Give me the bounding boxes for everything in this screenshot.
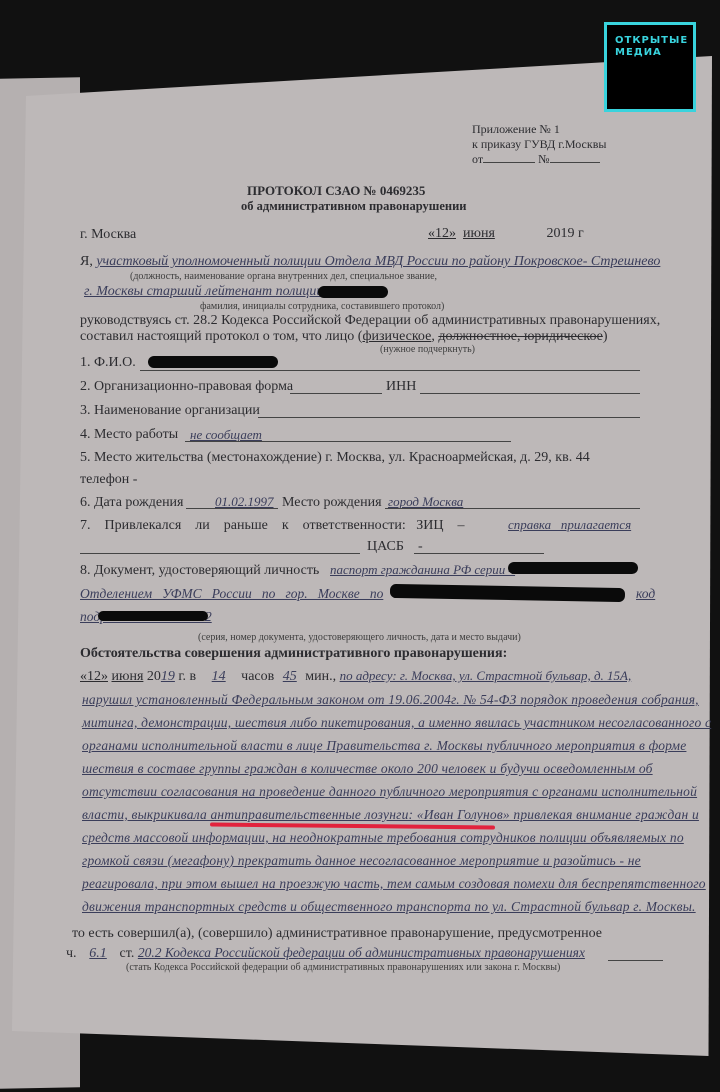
field-2-inn-label: ИНН [386, 379, 416, 395]
intro-text: составил настоящий протокол о том, что л… [80, 329, 362, 344]
article-line-end [608, 960, 663, 961]
conclusion-line-2: ч. 6.1 ст. 20.2 Кодекса Российской федер… [66, 945, 585, 962]
intro-line-2: составил настоящий протокол о том, что л… [80, 329, 608, 345]
document-value-2-end: код [636, 586, 655, 602]
birth-place-line [385, 508, 640, 509]
officer-position: участковый уполномоченный полиции Отдела… [96, 254, 660, 269]
article-value: 20.2 Кодекса Российской федерации об адм… [138, 945, 585, 960]
circumstances-line: средств массовой информации, на неоднокр… [82, 830, 684, 846]
field-7-value: справка прилагается [508, 517, 631, 533]
document-value-2: Отделением УФМС России по гор. Москве по [80, 586, 383, 602]
intro-hint: (нужное подчеркнуть) [380, 344, 475, 355]
phone-label: телефон - [80, 472, 137, 488]
event-address: по адресу: г. Москва, ул. Страстной буль… [340, 668, 632, 683]
officer-hint-1: (должность, наименование органа внутренн… [130, 271, 437, 282]
intro-line-1: руководствуясь ст. 28.2 Кодекса Российск… [80, 313, 660, 329]
circumstances-line: шествия в составе группы граждан в колич… [82, 761, 653, 777]
circumstances-line: движения транспортных средств и обществе… [82, 899, 696, 915]
date-day: «12» [428, 226, 456, 241]
annex-line-2: к приказу ГУВД г.Москвы [472, 137, 606, 152]
birth-place-label: Место рождения [282, 495, 382, 511]
field-3-line [258, 417, 640, 418]
red-highlight-underline [210, 823, 495, 830]
field-3-label: 3. Наименование организации [80, 403, 260, 419]
field-1-line [140, 370, 640, 371]
circumstances-line: власти, выкрикивала антиправительственны… [82, 807, 699, 823]
option-physical: физическое [362, 329, 431, 344]
event-year: 19 [161, 669, 175, 684]
article-hint: (стать Кодекса Российской федерации об а… [126, 962, 560, 973]
event-minutes-label: мин., [305, 669, 336, 684]
field-4-line [185, 441, 511, 442]
document-value-1: паспорт гражданина РФ серии 4 [330, 562, 515, 578]
circumstances-line: отсутствии согласования на проведение да… [82, 784, 697, 800]
event-minutes: 45 [278, 669, 302, 685]
conclusion-line-1: то есть совершил(а), (совершило) админис… [72, 926, 602, 942]
field-5-label: 5. Место жительства (местонахождение) г.… [80, 450, 590, 466]
annex-from: от [472, 152, 483, 166]
field-6-label: 6. Дата рождения [80, 495, 184, 511]
field-1-label: 1. Ф.И.О. [80, 355, 136, 371]
circumstances-line: органами исполнительной власти в лице Пр… [82, 738, 686, 754]
circumstances-line: митинга, демонстрации, шествия либо пике… [82, 715, 711, 731]
date-month: июня [463, 226, 543, 242]
officer-line-2: г. Москвы старший лейтенант полиции [84, 284, 323, 300]
event-hours-label: часов [241, 669, 274, 684]
event-year-prefix: 20 [147, 669, 161, 684]
circumstances-line: громкой связи (мегафону) прекратить данн… [82, 853, 641, 869]
city: г. Москва [80, 227, 136, 243]
circumstances-heading: Обстоятельства совершения административн… [80, 646, 507, 662]
event-year-suffix: г. в [178, 669, 196, 684]
annex-line-3: от № [472, 152, 600, 167]
event-month: июня [112, 669, 144, 684]
field-2-inn-line [420, 393, 640, 394]
officer-hint-2: фамилия, инициалы сотрудника, составивше… [200, 301, 444, 312]
options-struck: должностное, юридическое [438, 329, 603, 344]
circumstances-line: нарушил установленный Федеральным законо… [82, 692, 699, 708]
logo-line-2: МЕДИА [607, 47, 693, 59]
redaction-issuer [390, 584, 625, 602]
protocol-title: ПРОТОКОЛ СЗАО № 0469235 [247, 183, 425, 199]
redaction-passport-number [508, 562, 638, 574]
event-day: «12» [80, 669, 108, 684]
field-2-line [290, 393, 382, 394]
casb-line [414, 553, 544, 554]
officer-line-1: Я, участковый уполномоченный полиции Отд… [80, 254, 660, 270]
redaction-subdivision-code [98, 611, 208, 621]
date-year: 2019 г [547, 226, 584, 241]
circumstances-datetime: «12» июня 2019 г. в 14 часов 45 мин., по… [80, 668, 631, 685]
part-label: ч. [66, 946, 77, 961]
field-2-label: 2. Организационно-правовая форма [80, 379, 293, 395]
field-7-label: 7. Привлекался ли раньше к ответственнос… [80, 518, 464, 534]
field-8-label: 8. Документ, удостоверяющий личность [80, 563, 319, 579]
circumstances-line: реагировала, при этом вышел на проезжую … [82, 876, 706, 892]
otkrytye-media-logo: ОТКРЫТЫЕ МЕДИА [604, 22, 696, 112]
officer-prefix: Я, [80, 254, 93, 269]
protocol-subtitle: об административном правонарушении [241, 199, 467, 214]
field-7-line [80, 553, 360, 554]
redaction-officer-name [318, 286, 388, 298]
protocol-document: ОТКРЫТЫЕ МЕДИА Приложение № 1 к приказу … [0, 0, 720, 1092]
intro-close: ) [603, 329, 608, 344]
article-label: ст. [120, 946, 135, 961]
logo-line-1: ОТКРЫТЫЕ [607, 25, 693, 47]
redaction-fio [148, 356, 278, 368]
birth-date-line [186, 508, 278, 509]
field-4-label: 4. Место работы [80, 427, 178, 443]
casb-label: ЦАСБ [367, 539, 404, 555]
annex-line-1: Приложение № 1 [472, 122, 560, 137]
annex-no: № [538, 152, 549, 166]
officer-rank: г. Москвы старший лейтенант полиции [84, 284, 323, 299]
event-hours: 14 [200, 669, 238, 685]
document-hint: (серия, номер документа, удостоверяющего… [198, 632, 521, 643]
protocol-date: «12» июня 2019 г [428, 226, 584, 242]
part-value: 6.1 [80, 946, 116, 962]
